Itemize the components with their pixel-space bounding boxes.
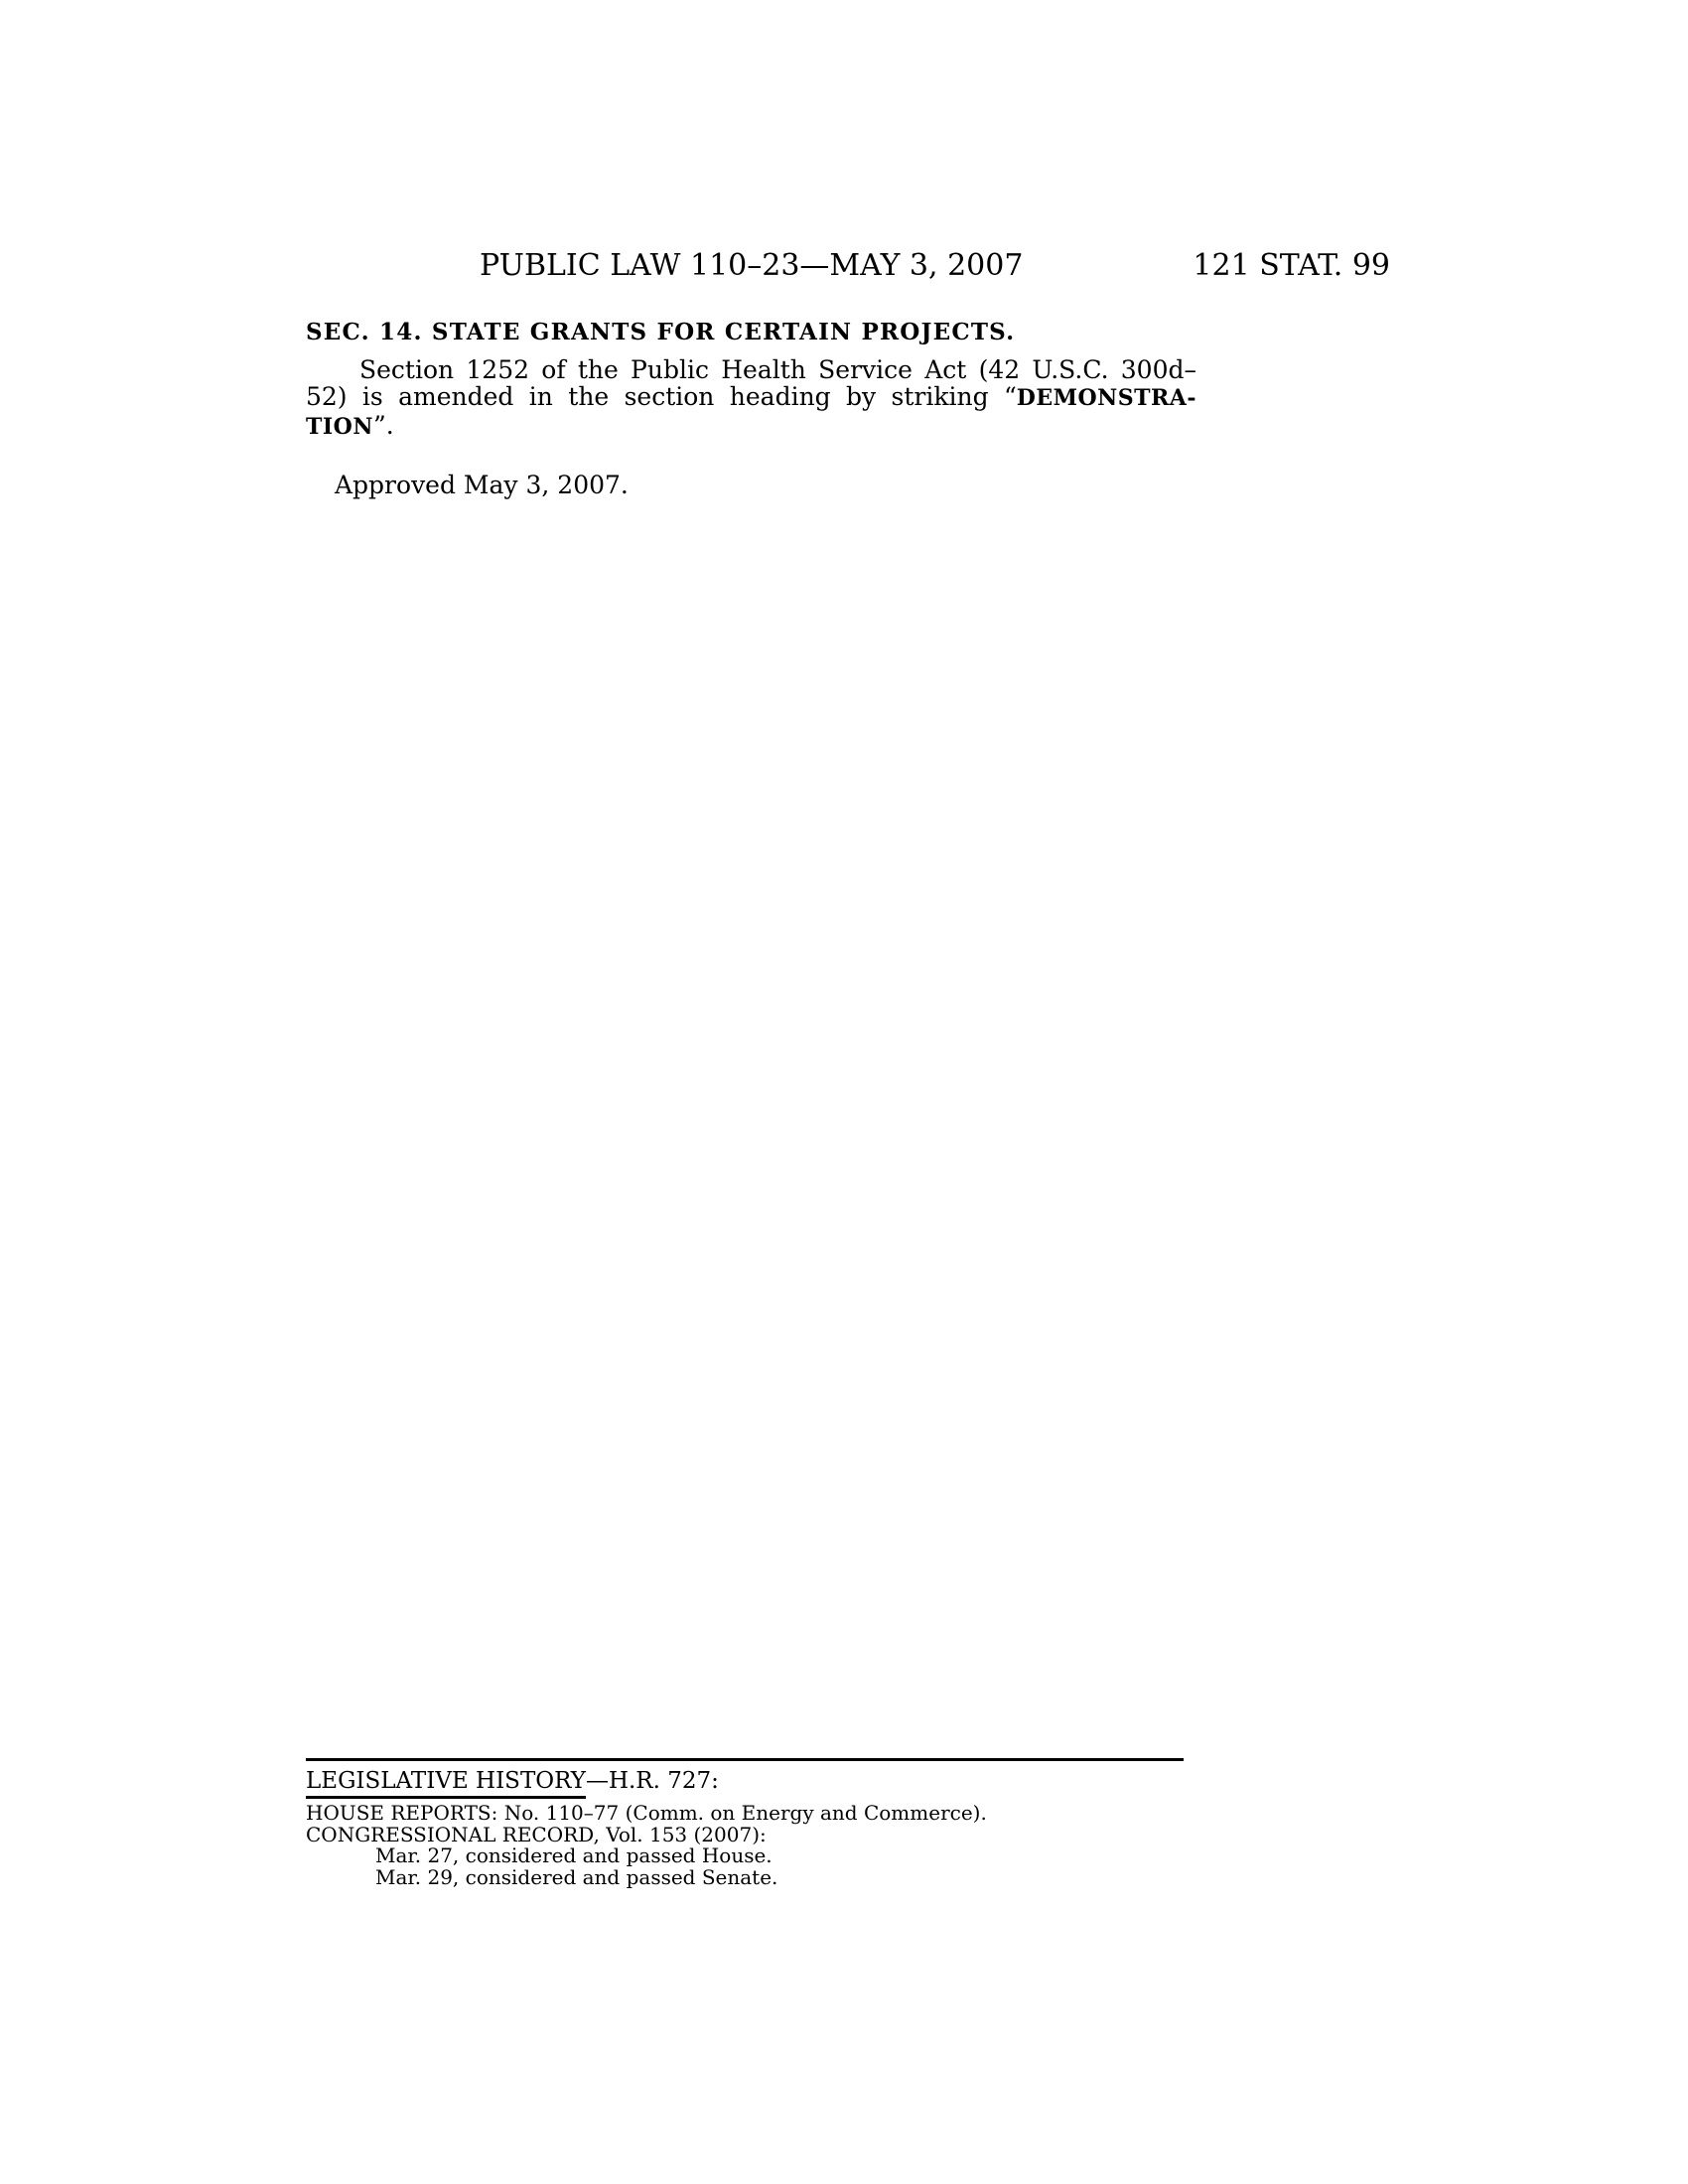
legislative-history-lines: HOUSE REPORTS: No. 110–77 (Comm. on Ener…: [306, 1803, 1184, 1888]
legislative-history-line: Mar. 27, considered and passed House.: [306, 1845, 1184, 1867]
struck-term-text: TION: [306, 414, 373, 440]
legislative-history-title-rest: —H.R. 727:: [586, 1768, 719, 1794]
struck-term-text: DEMONSTRA-: [1017, 385, 1196, 411]
running-head-law-title: PUBLIC LAW 110–23—MAY 3, 2007: [480, 250, 1023, 282]
legislative-history-line: Mar. 29, considered and passed Senate.: [306, 1867, 1184, 1889]
legislative-history-section: LEGISLATIVE HISTORY—H.R. 727: HOUSE REPO…: [306, 1758, 1184, 1888]
legislative-history-title: LEGISLATIVE HISTORY—H.R. 727:: [306, 1767, 1184, 1795]
approval-line: Approved May 3, 2007.: [335, 472, 629, 498]
running-header: PUBLIC LAW 110–23—MAY 3, 2007 121 STAT. …: [480, 250, 1390, 282]
section-heading: SEC. 14. STATE GRANTS FOR CERTAIN PROJEC…: [306, 319, 1196, 346]
legislative-history-top-rule: [306, 1758, 1184, 1761]
paragraph-line: Section 1252 of the Public Health Servic…: [306, 356, 1196, 383]
paragraph-line: TION”.: [306, 412, 1196, 441]
legislative-history-line: CONGRESSIONAL RECORD, Vol. 153 (2007):: [306, 1825, 1184, 1846]
legislative-history-line: HOUSE REPORTS: No. 110–77 (Comm. on Ener…: [306, 1803, 1184, 1825]
paragraph-text: 52) is amended in the section heading by…: [306, 382, 1017, 411]
paragraph-text: ”.: [373, 411, 394, 440]
legislative-history-title-underlined: LEGISLATIVE HISTORY: [306, 1768, 586, 1799]
statute-page: PUBLIC LAW 110–23—MAY 3, 2007 121 STAT. …: [0, 0, 1688, 2184]
section-block: SEC. 14. STATE GRANTS FOR CERTAIN PROJEC…: [306, 319, 1196, 441]
paragraph-line: 52) is amended in the section heading by…: [306, 383, 1196, 412]
running-head-stat-page: 121 STAT. 99: [1193, 250, 1390, 282]
paragraph-text: Section 1252 of the Public Health Servic…: [359, 355, 1196, 384]
section-paragraph: Section 1252 of the Public Health Servic…: [306, 356, 1196, 441]
